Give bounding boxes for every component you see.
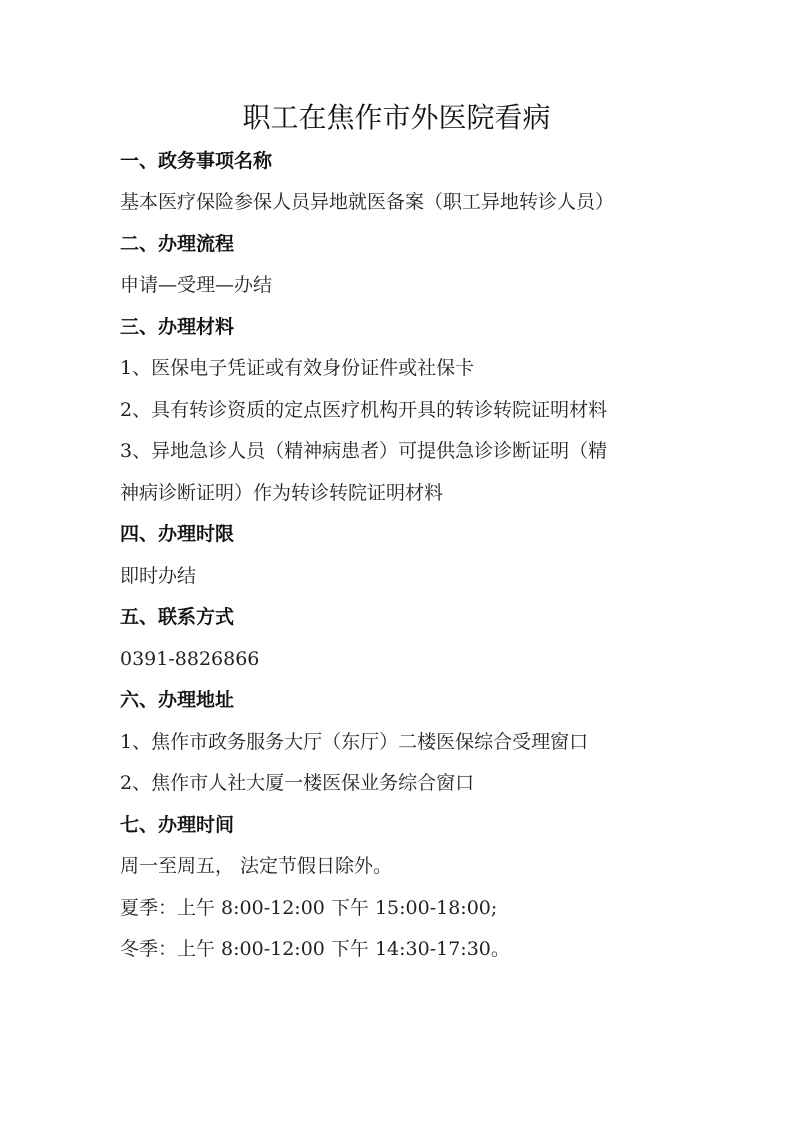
section-heading-hours: 七、办理时间 <box>120 812 234 838</box>
materials-item-2: 2、具有转诊资质的定点医疗机构开具的转诊转院证明材料 <box>120 397 607 423</box>
materials-item-1: 1、医保电子凭证或有效身份证件或社保卡 <box>120 355 474 381</box>
section-heading-item-name: 一、政务事项名称 <box>120 148 272 174</box>
hours-winter: 冬季：上午 8:00-12:00 下午 14:30-17:30。 <box>120 936 510 962</box>
materials-item-3: 3、异地急诊人员（精神病患者）可提供急诊诊断证明（精 <box>120 438 607 464</box>
hours-weekdays: 周一至周五， 法定节假日除外。 <box>120 853 392 879</box>
document-title: 职工在焦作市外医院看病 <box>0 98 793 138</box>
hours-summer: 夏季：上午 8:00-12:00 下午 15:00-18:00; <box>120 895 497 921</box>
section-heading-materials: 三、办理材料 <box>120 314 234 340</box>
document-page: 职工在焦作市外医院看病 一、政务事项名称 基本医疗保险参保人员异地就医备案（职工… <box>0 0 793 1122</box>
section-heading-contact: 五、联系方式 <box>120 604 234 630</box>
section-heading-address: 六、办理地址 <box>120 687 234 713</box>
section-heading-time-limit: 四、办理时限 <box>120 521 234 547</box>
address-item-1: 1、焦作市政务服务大厅（东厅）二楼医保综合受理窗口 <box>120 729 588 755</box>
section-text-process: 申请—受理—办结 <box>120 272 272 298</box>
section-text-time-limit: 即时办结 <box>120 563 196 589</box>
section-heading-process: 二、办理流程 <box>120 231 234 257</box>
contact-phone: 0391-8826866 <box>120 646 259 672</box>
section-text-item-name: 基本医疗保险参保人员异地就医备案（职工异地转诊人员） <box>120 189 614 215</box>
address-item-2: 2、焦作市人社大厦一楼医保业务综合窗口 <box>120 770 474 796</box>
materials-item-3-continued: 神病诊断证明）作为转诊转院证明材料 <box>120 480 443 506</box>
